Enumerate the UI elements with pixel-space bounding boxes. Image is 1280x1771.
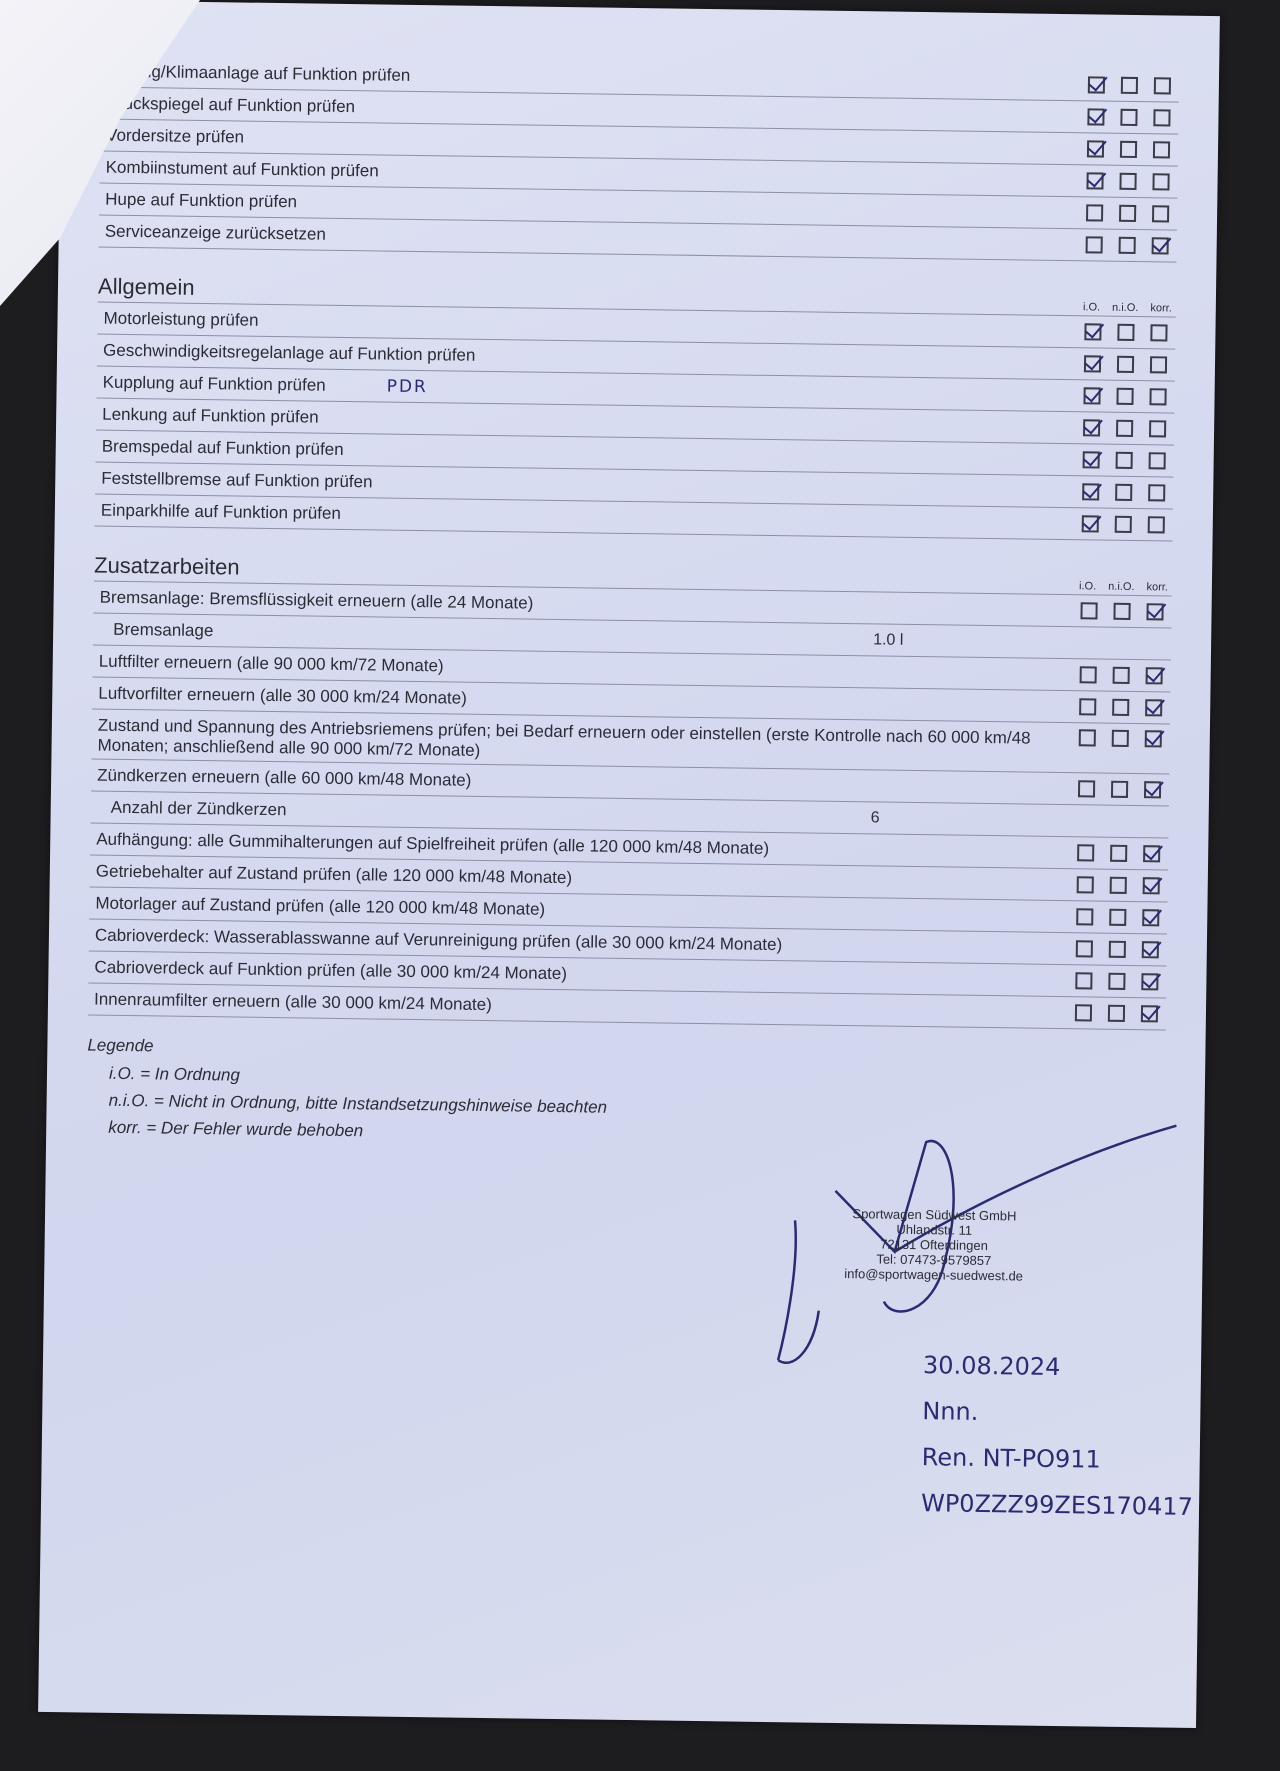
checkbox-io[interactable] — [1079, 698, 1096, 715]
checkbox-nio[interactable] — [1111, 781, 1128, 798]
checkbox-korr[interactable] — [1146, 603, 1163, 620]
column-headers: i.O. n.i.O. korr. — [1048, 580, 1172, 594]
checkbox-group — [1050, 108, 1178, 127]
checkbox-nio[interactable] — [1112, 699, 1129, 716]
checkbox-group — [1046, 387, 1174, 406]
checkbox-nio[interactable] — [1110, 877, 1127, 894]
checkbox-group — [1040, 876, 1168, 895]
checkbox-io[interactable] — [1084, 355, 1101, 372]
checkbox-nio[interactable] — [1120, 141, 1137, 158]
checkbox-group — [1043, 602, 1171, 621]
checkbox-korr[interactable] — [1144, 781, 1161, 798]
row-value: 1.0 l — [873, 631, 903, 649]
checkbox-korr[interactable] — [1143, 877, 1160, 894]
col-korr: korr. — [1150, 302, 1172, 314]
col-nio: n.i.O. — [1108, 581, 1134, 593]
checklist-content: …zung/Klimaanlage auf Funktion prüfen…üc… — [86, 56, 1179, 1156]
handwritten-plate: Ren. NT-PO911 — [921, 1434, 1193, 1484]
checkbox-korr[interactable] — [1150, 324, 1167, 341]
checkbox-group — [1041, 780, 1169, 799]
handwritten-vin: WP0ZZZ99ZES170417 — [921, 1480, 1193, 1530]
checkbox-korr[interactable] — [1149, 452, 1166, 469]
checkbox-io[interactable] — [1082, 483, 1099, 500]
stamp-company: Sportwagen Südwest GmbH — [845, 1206, 1024, 1223]
checkbox-nio[interactable] — [1113, 603, 1130, 620]
checkbox-group — [1049, 204, 1177, 223]
checkbox-group — [1049, 172, 1177, 191]
handwritten-line-2: Nnn. — [922, 1388, 1194, 1438]
checkbox-korr[interactable] — [1149, 388, 1166, 405]
checkbox-nio[interactable] — [1121, 77, 1138, 94]
checkbox-korr[interactable] — [1152, 205, 1169, 222]
checkbox-group — [1051, 76, 1179, 95]
checkbox-io[interactable] — [1087, 140, 1104, 157]
checkbox-io[interactable] — [1077, 844, 1094, 861]
handwritten-notes: 30.08.2024 Nnn. Ren. NT-PO911 WP0ZZZ99ZE… — [921, 1342, 1195, 1530]
checkbox-io[interactable] — [1077, 876, 1094, 893]
checkbox-korr[interactable] — [1148, 484, 1165, 501]
zusatzarbeiten-section: Bremsanlage: Bremsflüssigkeit erneuern (… — [88, 582, 1172, 1031]
checkbox-io[interactable] — [1083, 419, 1100, 436]
checkbox-group — [1042, 729, 1170, 748]
checkbox-korr[interactable] — [1153, 141, 1170, 158]
checkbox-nio[interactable] — [1119, 205, 1136, 222]
checkbox-io[interactable] — [1088, 76, 1105, 93]
checkbox-korr[interactable] — [1153, 109, 1170, 126]
checkbox-korr[interactable] — [1141, 973, 1158, 990]
checkbox-nio[interactable] — [1108, 973, 1125, 990]
checkbox-group — [1038, 1004, 1166, 1023]
handwritten-note: PDR — [387, 376, 428, 397]
checkbox-korr[interactable] — [1146, 667, 1163, 684]
checkbox-io[interactable] — [1076, 940, 1093, 957]
checkbox-nio[interactable] — [1116, 452, 1133, 469]
checkbox-group — [1046, 419, 1174, 438]
checkbox-group — [1045, 483, 1173, 502]
checkbox-nio[interactable] — [1116, 388, 1133, 405]
checkbox-korr[interactable] — [1142, 941, 1159, 958]
section-title-allgemein: Allgemein — [98, 274, 195, 301]
col-io: i.O. — [1079, 580, 1096, 592]
checkbox-io[interactable] — [1083, 451, 1100, 468]
checkbox-nio[interactable] — [1109, 941, 1126, 958]
checkbox-korr[interactable] — [1145, 699, 1162, 716]
column-headers: i.O. n.i.O. korr. — [1052, 301, 1176, 315]
checkbox-nio[interactable] — [1117, 324, 1134, 341]
checkbox-io[interactable] — [1086, 172, 1103, 189]
checkbox-group — [1042, 698, 1170, 717]
row-label: Einparkhilfe auf Funktion prüfen — [95, 500, 1045, 533]
allgemein-section: Motorleistung prüfenGeschwindigkeitsrege… — [95, 303, 1176, 542]
checkbox-group — [1040, 844, 1168, 863]
checkbox-io[interactable] — [1075, 972, 1092, 989]
row-label: Innenraumfilter erneuern (alle 30 000 km… — [88, 989, 1038, 1022]
checkbox-io[interactable] — [1086, 204, 1103, 221]
checkbox-io[interactable] — [1080, 666, 1097, 683]
checkbox-nio[interactable] — [1115, 484, 1132, 501]
checkbox-group — [1039, 940, 1167, 959]
checkbox-group — [1046, 451, 1174, 470]
checkbox-nio[interactable] — [1110, 845, 1127, 862]
checkbox-korr[interactable] — [1148, 516, 1165, 533]
stamp-email: info@sportwagen-suedwest.de — [844, 1266, 1023, 1283]
handwritten-date: 30.08.2024 — [923, 1342, 1195, 1392]
checkbox-group — [1050, 140, 1178, 159]
checkbox-io[interactable] — [1079, 729, 1096, 746]
checkbox-nio[interactable] — [1119, 237, 1136, 254]
top-section: …zung/Klimaanlage auf Funktion prüfen…üc… — [99, 56, 1180, 263]
checkbox-nio[interactable] — [1109, 909, 1126, 926]
checkbox-group — [1038, 972, 1166, 991]
checkbox-io[interactable] — [1087, 108, 1104, 125]
checkbox-io[interactable] — [1082, 515, 1099, 532]
checkbox-korr[interactable] — [1150, 356, 1167, 373]
checkbox-nio[interactable] — [1108, 1005, 1125, 1022]
company-stamp: Sportwagen Südwest GmbH Uhlandstr. 11 72… — [844, 1206, 1024, 1283]
checkbox-korr[interactable] — [1149, 420, 1166, 437]
checkbox-korr[interactable] — [1154, 77, 1171, 94]
checkbox-korr[interactable] — [1152, 237, 1169, 254]
checkbox-nio[interactable] — [1115, 516, 1132, 533]
checkbox-nio[interactable] — [1113, 667, 1130, 684]
row-label: Serviceanzeige zurücksetzen — [99, 221, 1049, 254]
checkbox-nio[interactable] — [1116, 420, 1133, 437]
checkbox-korr[interactable] — [1141, 1005, 1158, 1022]
checkbox-io[interactable] — [1080, 602, 1097, 619]
checkbox-group — [1045, 515, 1173, 534]
col-io: i.O. — [1083, 301, 1100, 313]
col-nio: n.i.O. — [1112, 302, 1138, 314]
checkbox-group — [1049, 236, 1177, 255]
checkbox-group — [1047, 323, 1175, 342]
col-korr: korr. — [1146, 581, 1168, 593]
section-title-zusatzarbeiten: Zusatzarbeiten — [94, 553, 240, 581]
checkbox-group — [1043, 666, 1171, 685]
checkbox-io[interactable] — [1083, 387, 1100, 404]
checkbox-korr[interactable] — [1143, 845, 1160, 862]
checkbox-io[interactable] — [1076, 908, 1093, 925]
checkbox-korr[interactable] — [1145, 730, 1162, 747]
checkbox-nio[interactable] — [1120, 109, 1137, 126]
checkbox-io[interactable] — [1084, 323, 1101, 340]
checkbox-nio[interactable] — [1112, 730, 1129, 747]
checkbox-korr[interactable] — [1142, 909, 1159, 926]
checkbox-nio[interactable] — [1119, 173, 1136, 190]
checkbox-nio[interactable] — [1117, 356, 1134, 373]
checkbox-korr[interactable] — [1152, 173, 1169, 190]
row-value: 6 — [871, 809, 880, 827]
checkbox-group — [1039, 908, 1167, 927]
service-checklist-page: …zung/Klimaanlage auf Funktion prüfen…üc… — [38, 0, 1220, 1728]
checkbox-io[interactable] — [1086, 236, 1103, 253]
checkbox-io[interactable] — [1078, 780, 1095, 797]
checkbox-io[interactable] — [1075, 1004, 1092, 1021]
checkbox-group — [1047, 355, 1175, 374]
